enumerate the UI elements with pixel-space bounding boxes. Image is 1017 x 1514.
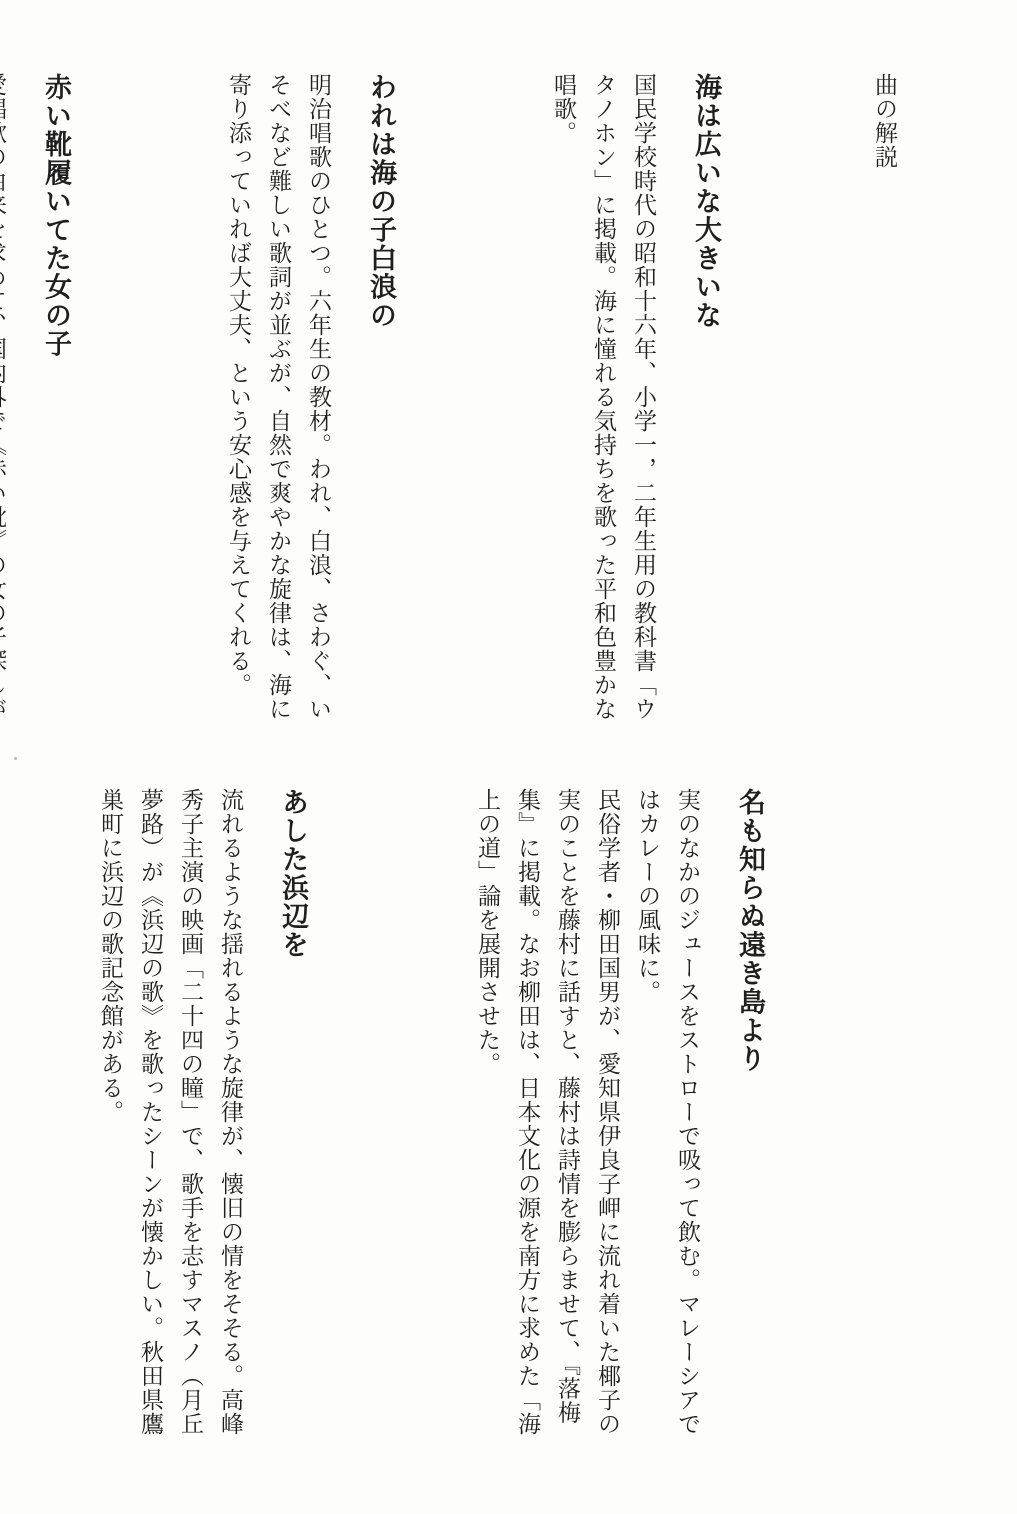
top-half: 曲の解説 海は広いな大きいな 国民学校時代の昭和十六年、小学一，二年生用の教科書…: [0, 73, 940, 723]
song-entry-na-mo-shiranu: 名も知らぬ遠き島より 実のなかのジュースをストローで吸って飲む。マレーシアで は…: [449, 788, 792, 1436]
song-title-ware-wa-umi-no-ko: われは海の子白浪の: [359, 73, 403, 723]
song-description-umi-wa-hiroi-na: 国民学校時代の昭和十六年、小学一，二年生用の教科書「ウ タノホン」に掲載。海に憧…: [543, 73, 663, 723]
song-entry-umi-wa-hiroi-na: 海は広いな大きいな 国民学校時代の昭和十六年、小学一，二年生用の教科書「ウ タノ…: [525, 73, 748, 723]
page-title: 曲の解説: [864, 73, 904, 723]
scanned-page: 曲の解説 海は広いな大きいな 国民学校時代の昭和十六年、小学一，二年生用の教科書…: [0, 0, 1017, 1514]
akai-kutsu-body-text: 愛唱歌の由来を求めて、国内外で《赤い靴》の女の子探しが 続けられた。そのなか、「…: [0, 73, 6, 723]
song-description-ashita-hamabe-wo: 流れるような揺れるような旋律が、懐旧の情をそそる。高峰 秀子主演の映画「二十四の…: [90, 788, 250, 1436]
song-title-akai-kutsu: 赤い靴履いてた女の子: [34, 73, 78, 723]
song-title-umi-wa-hiroi-na: 海は広いな大きいな: [684, 73, 728, 723]
song-description-akai-kutsu: 愛唱歌の由来を求めて、国内外で《赤い靴》の女の子探しが 続けられた。そのなか、「…: [0, 73, 13, 723]
bottom-half: 名も知らぬ遠き島より 実のなかのジュースをストローで吸って飲む。マレーシアで は…: [36, 788, 828, 1436]
song-entry-ware-wa-umi-no-ko: われは海の子白浪の 明治唱歌のひとつ。六年生の教材。われ、白浪、さわぐ、い そべ…: [200, 73, 423, 723]
song-title-na-mo-shiranu: 名も知らぬ遠き島より: [728, 788, 772, 1436]
song-entry-akai-kutsu: 赤い靴履いてた女の子 愛唱歌の由来を求めて、国内外で《赤い靴》の女の子探しが 続…: [0, 73, 98, 723]
song-description-ware-wa-umi-no-ko: 明治唱歌のひとつ。六年生の教材。われ、白浪、さわぐ、い そべなど難しい歌詞が並ぶ…: [218, 73, 338, 723]
song-title-ashita-hamabe-wo: あした浜辺を: [271, 788, 315, 1436]
song-entry-ashita-hamabe-wo: あした浜辺を 流れるような揺れるような旋律が、懐旧の情をそそる。高峰 秀子主演の…: [72, 788, 335, 1436]
scan-artifact-dot: [14, 757, 17, 760]
song-description-na-mo-shiranu: 実のなかのジュースをストローで吸って飲む。マレーシアで はカレーの風味に。 民俗…: [467, 788, 707, 1436]
